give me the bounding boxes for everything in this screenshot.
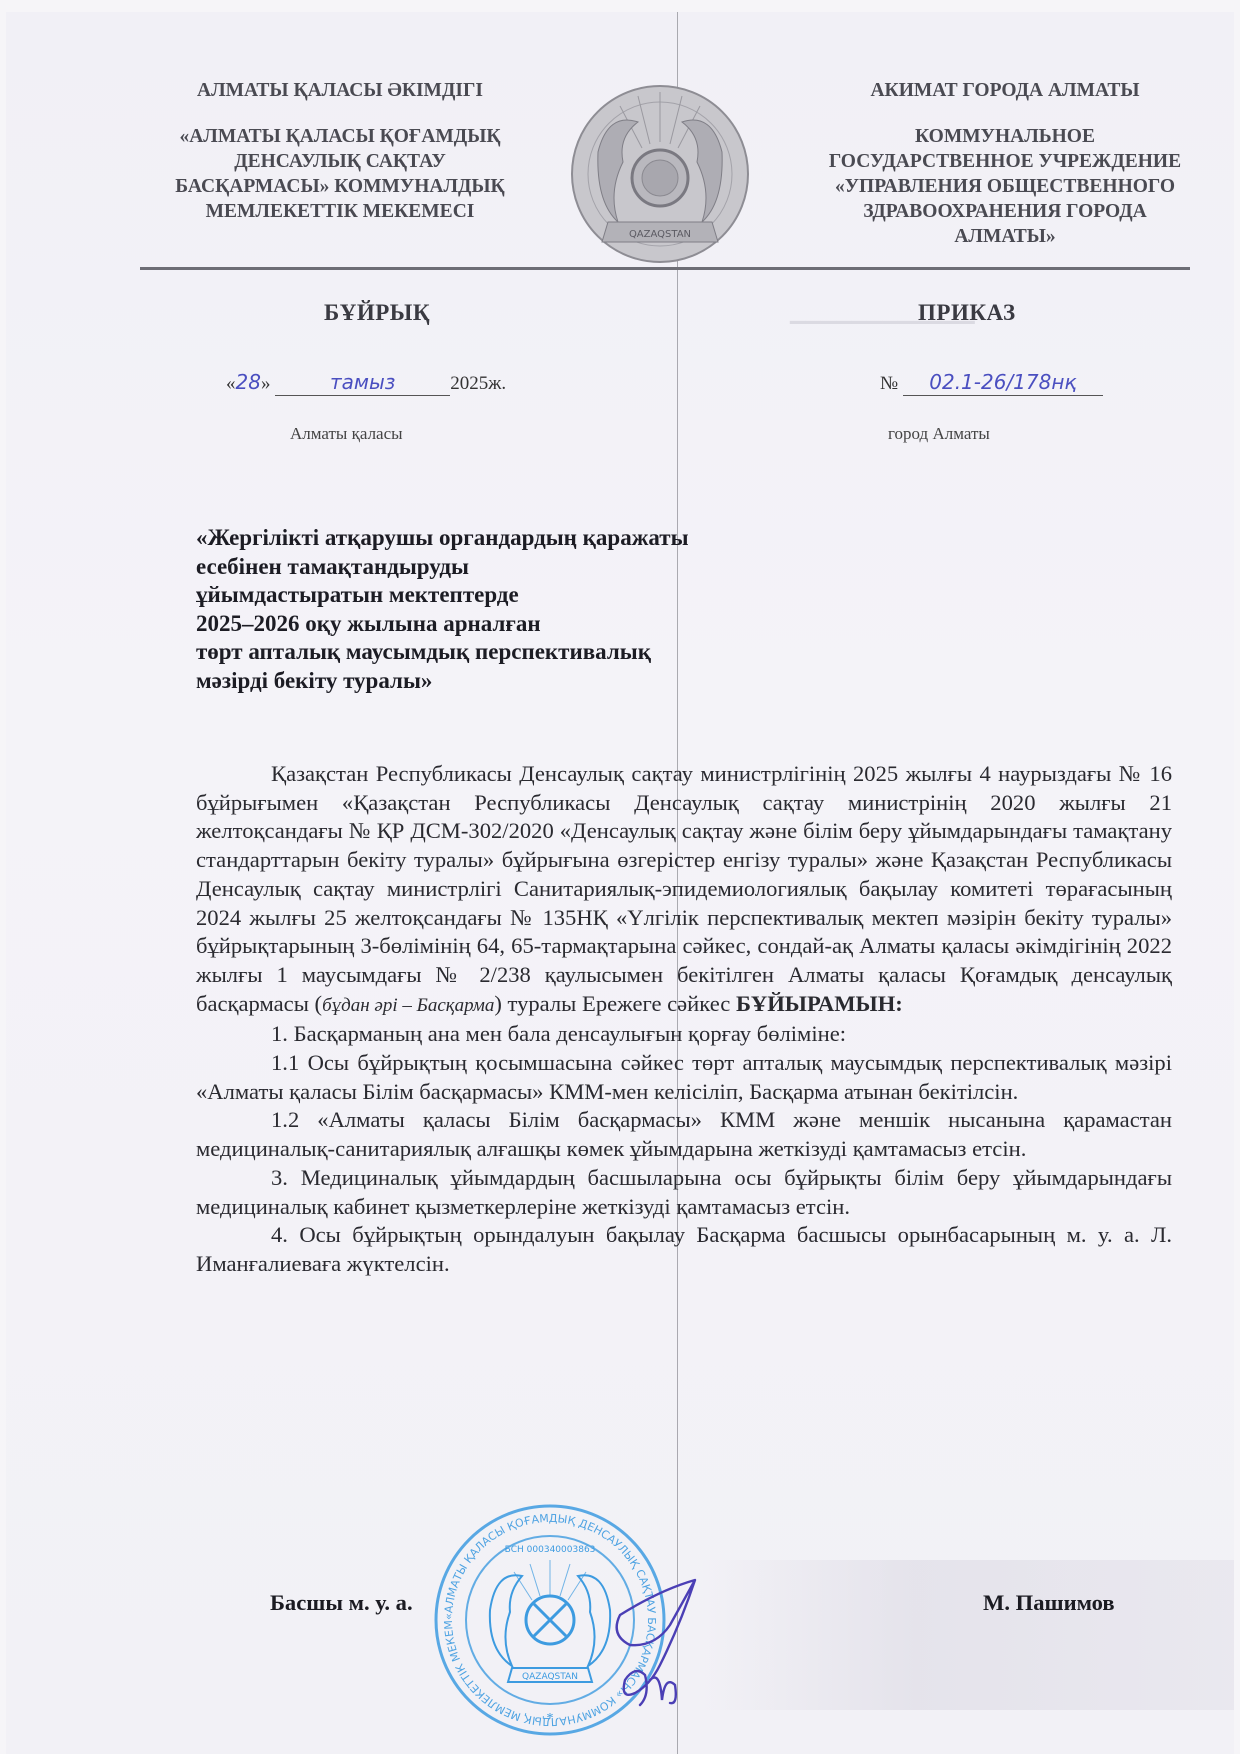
- header-left-org-line: БАСҚАРМАСЫ» КОММУНАЛДЫҚ: [140, 174, 540, 199]
- date-month: тамыз: [330, 370, 395, 394]
- subject-line: ұйымдастыратын мектептерде: [196, 581, 836, 610]
- header-left-org-line: МЕМЛЕКЕТТІК МЕКЕМЕСІ: [140, 199, 540, 224]
- header-right-org-line: ЗДРАВООХРАНЕНИЯ ГОРОДА: [790, 199, 1220, 224]
- header-right-akimat: АКИМАТ ГОРОДА АЛМАТЫ: [790, 78, 1220, 103]
- header-right-org-line: «УПРАВЛЕНИЯ ОБЩЕСТВЕННОГО: [790, 174, 1220, 199]
- date-quote: «: [226, 373, 236, 394]
- date-month-field: тамыз: [275, 370, 450, 396]
- subject-line: 2025–2026 оқу жылына арналған: [196, 610, 836, 639]
- order-item: 3. Медициналық ұйымдардың басшыларына ос…: [196, 1164, 1172, 1221]
- header-right-org-line: ГОСУДАРСТВЕННОЕ УЧРЕЖДЕНИЕ: [790, 149, 1220, 174]
- subject-line: мәзірді бекіту туралы»: [196, 667, 836, 696]
- preamble-paragraph: Қазақстан Республикасы Денсаулық сақтау …: [196, 760, 1172, 1020]
- number-label: №: [880, 373, 898, 394]
- city-kz: Алматы қаласы: [290, 424, 403, 444]
- subject-line: төрт апталық маусымдық перспективалық: [196, 638, 836, 667]
- order-item: 1.2 «Алматы қаласы Білім басқармасы» КММ…: [196, 1106, 1172, 1163]
- svg-text:QAZAQSTAN: QAZAQSTAN: [629, 229, 691, 240]
- order-subject: «Жергілікті атқарушы органдардың қаражат…: [196, 524, 836, 695]
- order-body: Қазақстан Республикасы Денсаулық сақтау …: [196, 760, 1172, 1279]
- signatory-name: М. Пашимов: [983, 1590, 1115, 1616]
- header-divider: [140, 267, 1190, 270]
- order-item: 1.1 Осы бұйрықтың қосымшасына сәйкес төр…: [196, 1049, 1172, 1106]
- title-kz: БҰЙРЫҚ: [324, 300, 430, 326]
- header-left: АЛМАТЫ ҚАЛАСЫ ӘКІМДІГІ «АЛМАТЫ ҚАЛАСЫ ҚО…: [140, 78, 540, 224]
- preamble-italic: бұдан әрі – Басқарма: [322, 995, 494, 1016]
- order-number-line: № 02.1-26/178нқ: [880, 370, 1103, 396]
- kazakhstan-emblem-icon: QAZAQSTAN: [568, 82, 752, 266]
- signatory-position: Басшы м. у. а.: [270, 1590, 413, 1616]
- city-ru: город Алматы: [888, 424, 990, 444]
- date-quote: »: [261, 373, 271, 394]
- preamble-text: Қазақстан Республикасы Денсаулық сақтау …: [196, 761, 1172, 1016]
- svg-text:БСН 000340003863: БСН 000340003863: [505, 1545, 596, 1555]
- order-number: 02.1-26/178нқ: [929, 370, 1076, 394]
- scan-shadow: [700, 1560, 1234, 1710]
- header-left-akimat: АЛМАТЫ ҚАЛАСЫ ӘКІМДІГІ: [140, 78, 540, 103]
- header-right-org-line: КОММУНАЛЬНОЕ: [790, 124, 1220, 149]
- header-left-org-line: «АЛМАТЫ ҚАЛАСЫ ҚОҒАМДЫҚ: [140, 124, 540, 149]
- header-right-org-line: АЛМАТЫ»: [790, 224, 1220, 249]
- svg-text:*: *: [547, 1711, 554, 1726]
- preamble-tail: ) туралы Ережеге сәйкес: [494, 991, 736, 1016]
- order-number-field: 02.1-26/178нқ: [903, 370, 1103, 396]
- svg-text:QAZAQSTAN: QAZAQSTAN: [522, 1672, 578, 1682]
- order-item: 1. Басқарманың ана мен бала денсаулығын …: [196, 1020, 1172, 1049]
- date-day: 28: [236, 370, 261, 394]
- date-year: 2025ж.: [450, 373, 506, 394]
- date-line: «28» тамыз2025ж.: [226, 370, 506, 396]
- header-right: АКИМАТ ГОРОДА АЛМАТЫ КОММУНАЛЬНОЕ ГОСУДА…: [790, 78, 1220, 249]
- subject-line: «Жергілікті атқарушы органдардың қаражат…: [196, 524, 836, 553]
- order-word: БҰЙЫРАМЫН:: [736, 991, 903, 1016]
- handwritten-signature-icon: [600, 1575, 710, 1715]
- order-item: 4. Осы бұйрықтың орындалуын бақылау Басқ…: [196, 1221, 1172, 1278]
- title-ru: ПРИКАЗ: [918, 300, 1016, 326]
- header-left-org-line: ДЕНСАУЛЫҚ САҚТАУ: [140, 149, 540, 174]
- subject-line: есебінен тамақтандыруды: [196, 553, 836, 582]
